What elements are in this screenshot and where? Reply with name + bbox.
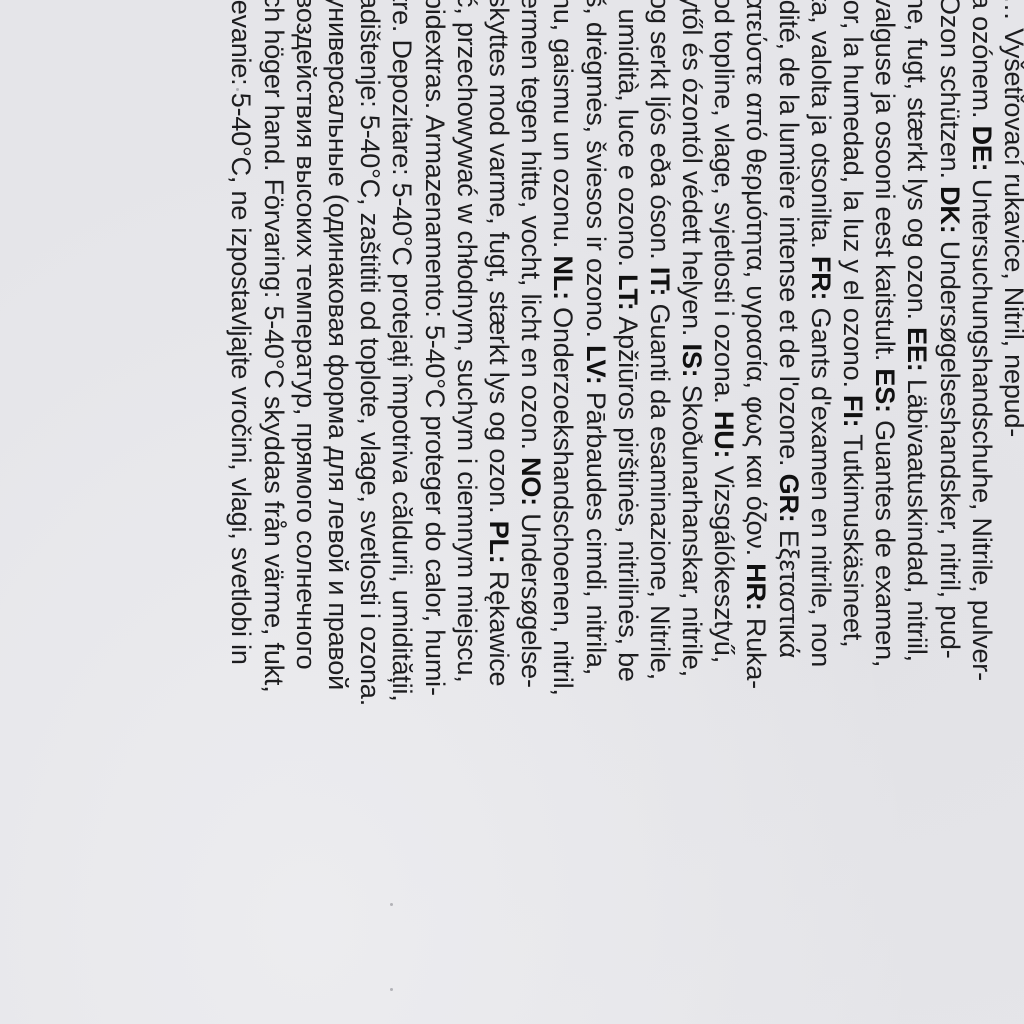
paper-speck: [236, 88, 239, 91]
text-line: ch höger hand. Förvaring: 5-40°C skyddas…: [258, 0, 290, 1018]
line-post: Tutkimuskäsineet,: [838, 427, 868, 647]
line-pre: ne, fugt, stærkt lys og ozon.: [902, 0, 932, 327]
line-pre: adištenje: 5-40°C, zaštititi od toplote,…: [355, 0, 385, 706]
text-line: воздействия высоких температур, прямого …: [290, 0, 322, 1018]
line-pre: ta, valolta ja otsonilta.: [806, 0, 836, 256]
language-code: IT:: [645, 267, 675, 296]
line-pre: og serkt ljós eða óson.: [645, 0, 675, 267]
language-code: IS:: [677, 344, 707, 378]
language-code: GR:: [774, 474, 804, 523]
text-line: valguse ja osooni eest kaitstult. ES: Gu…: [869, 0, 901, 1018]
text-line: nu, gaismu un ozonu. NL: Onderzoekshands…: [547, 0, 579, 1018]
line-post: Undersøgelseshandsker, nitril, pud-: [935, 234, 965, 659]
text-line: š, drėgmės, šviesos ir ozono. LV: Pārbau…: [579, 0, 611, 1018]
line-post: Undersøgelse-: [516, 506, 546, 688]
language-code: FI:: [838, 395, 868, 427]
text-line: idité, de la lumière intense et de l'ozo…: [773, 0, 805, 1018]
line-post: Onderzoekshandschoenen, nitril,: [548, 300, 578, 696]
line-pre: a ozónem.: [967, 0, 997, 126]
text-line: ne, fugt, stærkt lys og ozon. EE: Läbiva…: [901, 0, 933, 1018]
line-pre: nu, gaismu un ozonu.: [548, 0, 578, 255]
text-line: , umidità, luce e ozono. LT: Apžiūros pi…: [612, 0, 644, 1018]
line-pre: ievanie: 5-40°C, ne izpostavljajte vroči…: [227, 0, 257, 665]
line-post: Ruka-: [742, 611, 772, 689]
language-code: ES:: [870, 368, 900, 412]
line-post: Skoðunarhanskar, nitrile,: [677, 377, 707, 676]
line-post: Läbivaatuskindad, nitriil,: [902, 372, 932, 662]
line-pre: idité, de la lumière intense et de l'ozo…: [774, 0, 804, 474]
text-line: ytől és ózontól védett helyen. IS: Skoðu…: [676, 0, 708, 1018]
text-line: ć, przechowywać w chłodnym, suchym i cie…: [451, 0, 483, 1018]
line-pre: ć, przechowywać w chłodnym, suchym i cie…: [452, 0, 482, 683]
line-post: Pārbaudes cimdi, nitrila,: [581, 385, 611, 675]
line-post: Εξεταστικά: [774, 523, 804, 658]
language-code: DE:: [967, 126, 997, 172]
text-line: og serkt ljós eða óson. IT: Guanti da es…: [644, 0, 676, 1018]
text-line: adištenje: 5-40°C, zaštititi od toplote,…: [354, 0, 386, 1018]
leaflet-text: … Vyšetřovací rukavice, Nitril, nepud- a…: [225, 0, 1024, 1018]
text-line: универсальные (одинаковая форма для лево…: [322, 0, 354, 1018]
line-post: Rękawice: [484, 564, 514, 687]
line-pre: od topline, vlage, svjetlosti i ozona.: [709, 0, 739, 411]
line-pre: skyttes mod varme, fugt, stærkt lys og o…: [484, 0, 514, 521]
leaflet-photo: … Vyšetřovací rukavice, Nitril, nepud- a…: [0, 0, 1024, 1024]
line-pre: ermen tegen hitte, vocht, licht en ozon.: [516, 0, 546, 457]
text-line: lor, la humedad, la luz y el ozono. FI: …: [837, 0, 869, 1018]
language-code: PL:: [484, 521, 514, 564]
language-code: NL:: [548, 255, 578, 299]
language-code: LV:: [581, 345, 611, 384]
language-code: EE:: [902, 327, 932, 371]
line-pre: valguse ja osooni eest kaitstult.: [870, 0, 900, 368]
language-code: HR:: [742, 563, 772, 610]
line-pre: tre. Depozitare: 5-40°C protejați împotr…: [387, 0, 417, 702]
language-code: NO:: [516, 457, 546, 506]
line-post: Gants d'examen en nitrile, non: [806, 300, 836, 667]
line-post: Untersuchungshandschuhe, Nitrile, pulver…: [967, 171, 997, 680]
text-line: od topline, vlage, svjetlosti i ozona. H…: [708, 0, 740, 1018]
rotated-text-block: … Vyšetřovací rukavice, Nitril, nepud- a…: [225, 0, 1024, 1018]
text-line: tre. Depozitare: 5-40°C protejați împotr…: [386, 0, 418, 1018]
line-pre: Ozon schützen.: [935, 0, 965, 186]
paper-speck: [390, 903, 393, 906]
line-pre: универсальные (одинаковая форма для лево…: [323, 0, 353, 690]
text-line: ta, valolta ja otsonilta. FR: Gants d'ex…: [805, 0, 837, 1018]
text-line: ermen tegen hitte, vocht, licht en ozon.…: [515, 0, 547, 1018]
text-line: skyttes mod varme, fugt, stærkt lys og o…: [483, 0, 515, 1018]
line-pre: , umidità, luce e ozono.: [613, 0, 643, 274]
line-pre: ατεύστε από θερμότητα, υγρασία, φως και …: [742, 0, 772, 563]
line-post: Apžiūros pirštinės, nitrilinės, be: [613, 311, 643, 682]
language-code: DK:: [935, 186, 965, 233]
language-code: FR:: [806, 256, 836, 300]
line-pre: ch höger hand. Förvaring: 5-40°C skyddas…: [259, 0, 289, 693]
language-code: LT:: [613, 274, 643, 310]
text-line: ατεύστε από θερμότητα, υγρασία, φως και …: [740, 0, 772, 1018]
line-pre: lor, la humedad, la luz y el ozono.: [838, 0, 868, 395]
paper-speck: [390, 988, 393, 991]
line-post: Vizsgálókesztyű,: [709, 458, 739, 663]
text-line: … Vyšetřovací rukavice, Nitril, nepud-: [998, 0, 1024, 1018]
text-line: a ozónem. DE: Untersuchungshandschuhe, N…: [966, 0, 998, 1018]
text-line: Ozon schützen. DK: Undersøgelseshandsker…: [933, 0, 965, 1018]
line-post: Guantes de examen,: [870, 413, 900, 667]
line-pre: … Vyšetřovací rukavice, Nitril, nepud-: [999, 0, 1024, 437]
line-post: Guanti da esaminazione, Nitrile,: [645, 296, 675, 680]
line-pre: воздействия высоких температур, прямого …: [291, 0, 321, 669]
line-pre: bidextras. Armazenamento: 5-40°C protege…: [420, 0, 450, 696]
language-code: HU:: [709, 411, 739, 458]
text-line: bidextras. Armazenamento: 5-40°C protege…: [418, 0, 450, 1018]
line-pre: š, drėgmės, šviesos ir ozono.: [581, 0, 611, 345]
line-pre: ytől és ózontól védett helyen.: [677, 0, 707, 344]
text-line: ievanie: 5-40°C, ne izpostavljajte vroči…: [225, 0, 257, 1018]
